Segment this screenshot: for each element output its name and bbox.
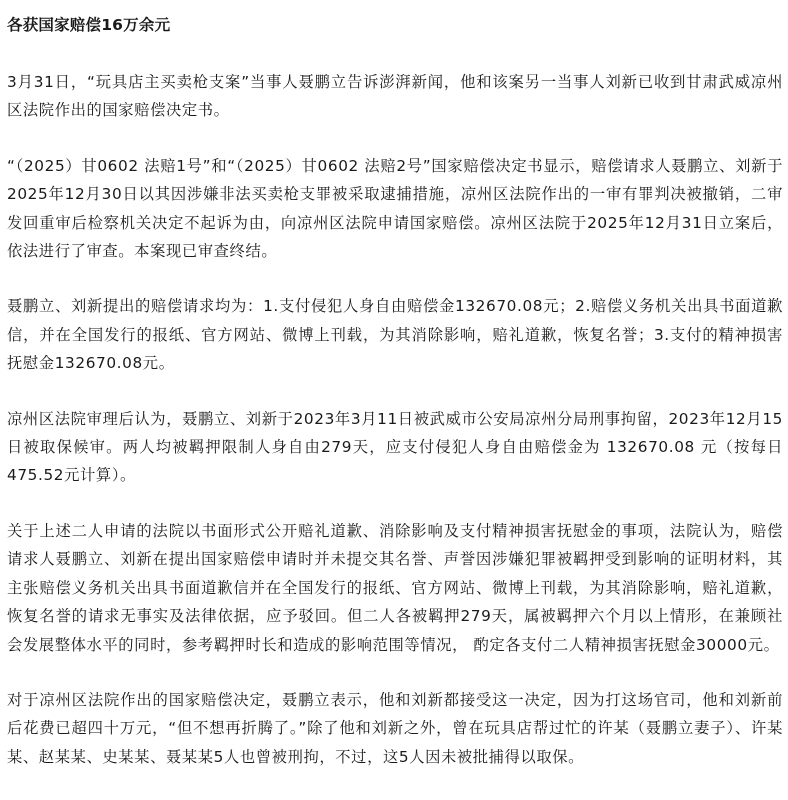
paragraph-court-finding-detention: 凉州区法院审理后认为，聂鹏立、刘新于2023年3月11日被武威市公安局凉州分局刑… (7, 405, 783, 490)
paragraph-compensation-requests: 聂鹏立、刘新提出的赔偿请求均为：1.支付侵犯人身自由赔偿金132670.08元；… (7, 292, 783, 377)
article-headline: 各获国家赔偿16万余元 (7, 12, 783, 38)
paragraph-plaintiff-response: 对于凉州区法院作出的国家赔偿决定，聂鹏立表示，他和刘新都接受这一决定，因为打这场… (7, 686, 783, 771)
paragraph-court-finding-apology-damages: 关于上述二人申请的法院以书面形式公开赔礼道歉、消除影响及支付精神损害抚慰金的事项… (7, 517, 783, 659)
paragraph-announcement: 3月31日，“玩具店主买卖枪支案”当事人聂鹏立告诉澎湃新闻，他和该案另一当事人刘… (7, 68, 783, 125)
news-article: 各获国家赔偿16万余元 3月31日，“玩具店主买卖枪支案”当事人聂鹏立告诉澎湃新… (0, 0, 783, 771)
paragraph-decision-documents: “（2025）甘0602 法赔1号”和“（2025）甘0602 法赔2号”国家赔… (7, 152, 783, 266)
